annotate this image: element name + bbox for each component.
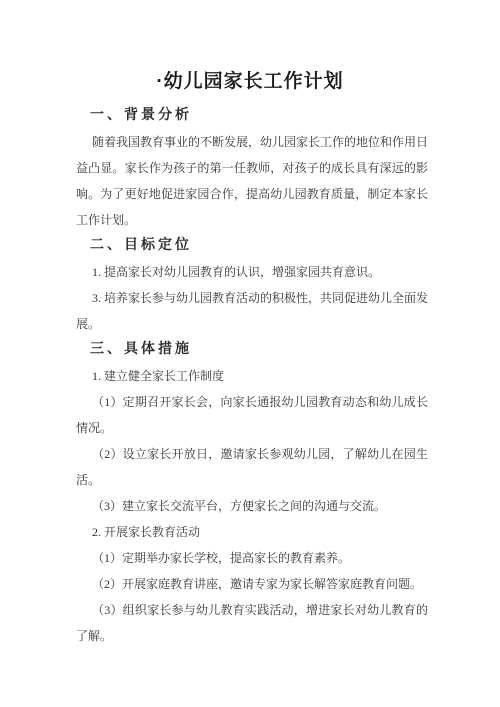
list-item: （2）开展家庭教育讲座，邀请专家为家长解答家庭教育问题。: [76, 571, 428, 597]
section-specific-measures: 三、具体措施 1. 建立健全家长工作制度 （1）定期召开家长会，向家长通报幼儿园…: [76, 337, 428, 649]
list-item: 1. 建立健全家长工作制度: [76, 363, 428, 389]
paragraph: 随着我国教育事业的不断发展，幼儿园家长工作的地位和作用日益凸显。家长作为孩子的第…: [76, 129, 428, 233]
document-page: ·幼儿园家长工作计划 一、背景分析 随着我国教育事业的不断发展，幼儿园家长工作的…: [0, 0, 500, 707]
list-item: 2. 开展家长教育活动: [76, 519, 428, 545]
list-item: （1）定期举办家长学校，提高家长的教育素养。: [76, 545, 428, 571]
list-item: （3）建立家长交流平台，方便家长之间的沟通与交流。: [76, 493, 428, 519]
section-heading: 一、背景分析: [76, 103, 428, 129]
list-item: （3）组织家长参与幼儿教育实践活动，增进家长对幼儿教育的了解。: [76, 597, 428, 649]
document-title: ·幼儿园家长工作计划: [0, 0, 500, 95]
section-background-analysis: 一、背景分析 随着我国教育事业的不断发展，幼儿园家长工作的地位和作用日益凸显。家…: [76, 103, 428, 233]
section-heading: 三、具体措施: [76, 337, 428, 363]
list-item: （2）设立家长开放日，邀请家长参观幼儿园，了解幼儿在园生活。: [76, 441, 428, 493]
list-item: 3. 培养家长参与幼儿园教育活动的积极性，共同促进幼儿全面发展。: [76, 285, 428, 337]
list-item: 1. 提高家长对幼儿园教育的认识，增强家园共育意识。: [76, 259, 428, 285]
section-heading: 二、目标定位: [76, 233, 428, 259]
document-body: 一、背景分析 随着我国教育事业的不断发展，幼儿园家长工作的地位和作用日益凸显。家…: [0, 103, 500, 649]
section-goal-positioning: 二、目标定位 1. 提高家长对幼儿园教育的认识，增强家园共育意识。 3. 培养家…: [76, 233, 428, 337]
list-item: （1）定期召开家长会，向家长通报幼儿园教育动态和幼儿成长情况。: [76, 389, 428, 441]
